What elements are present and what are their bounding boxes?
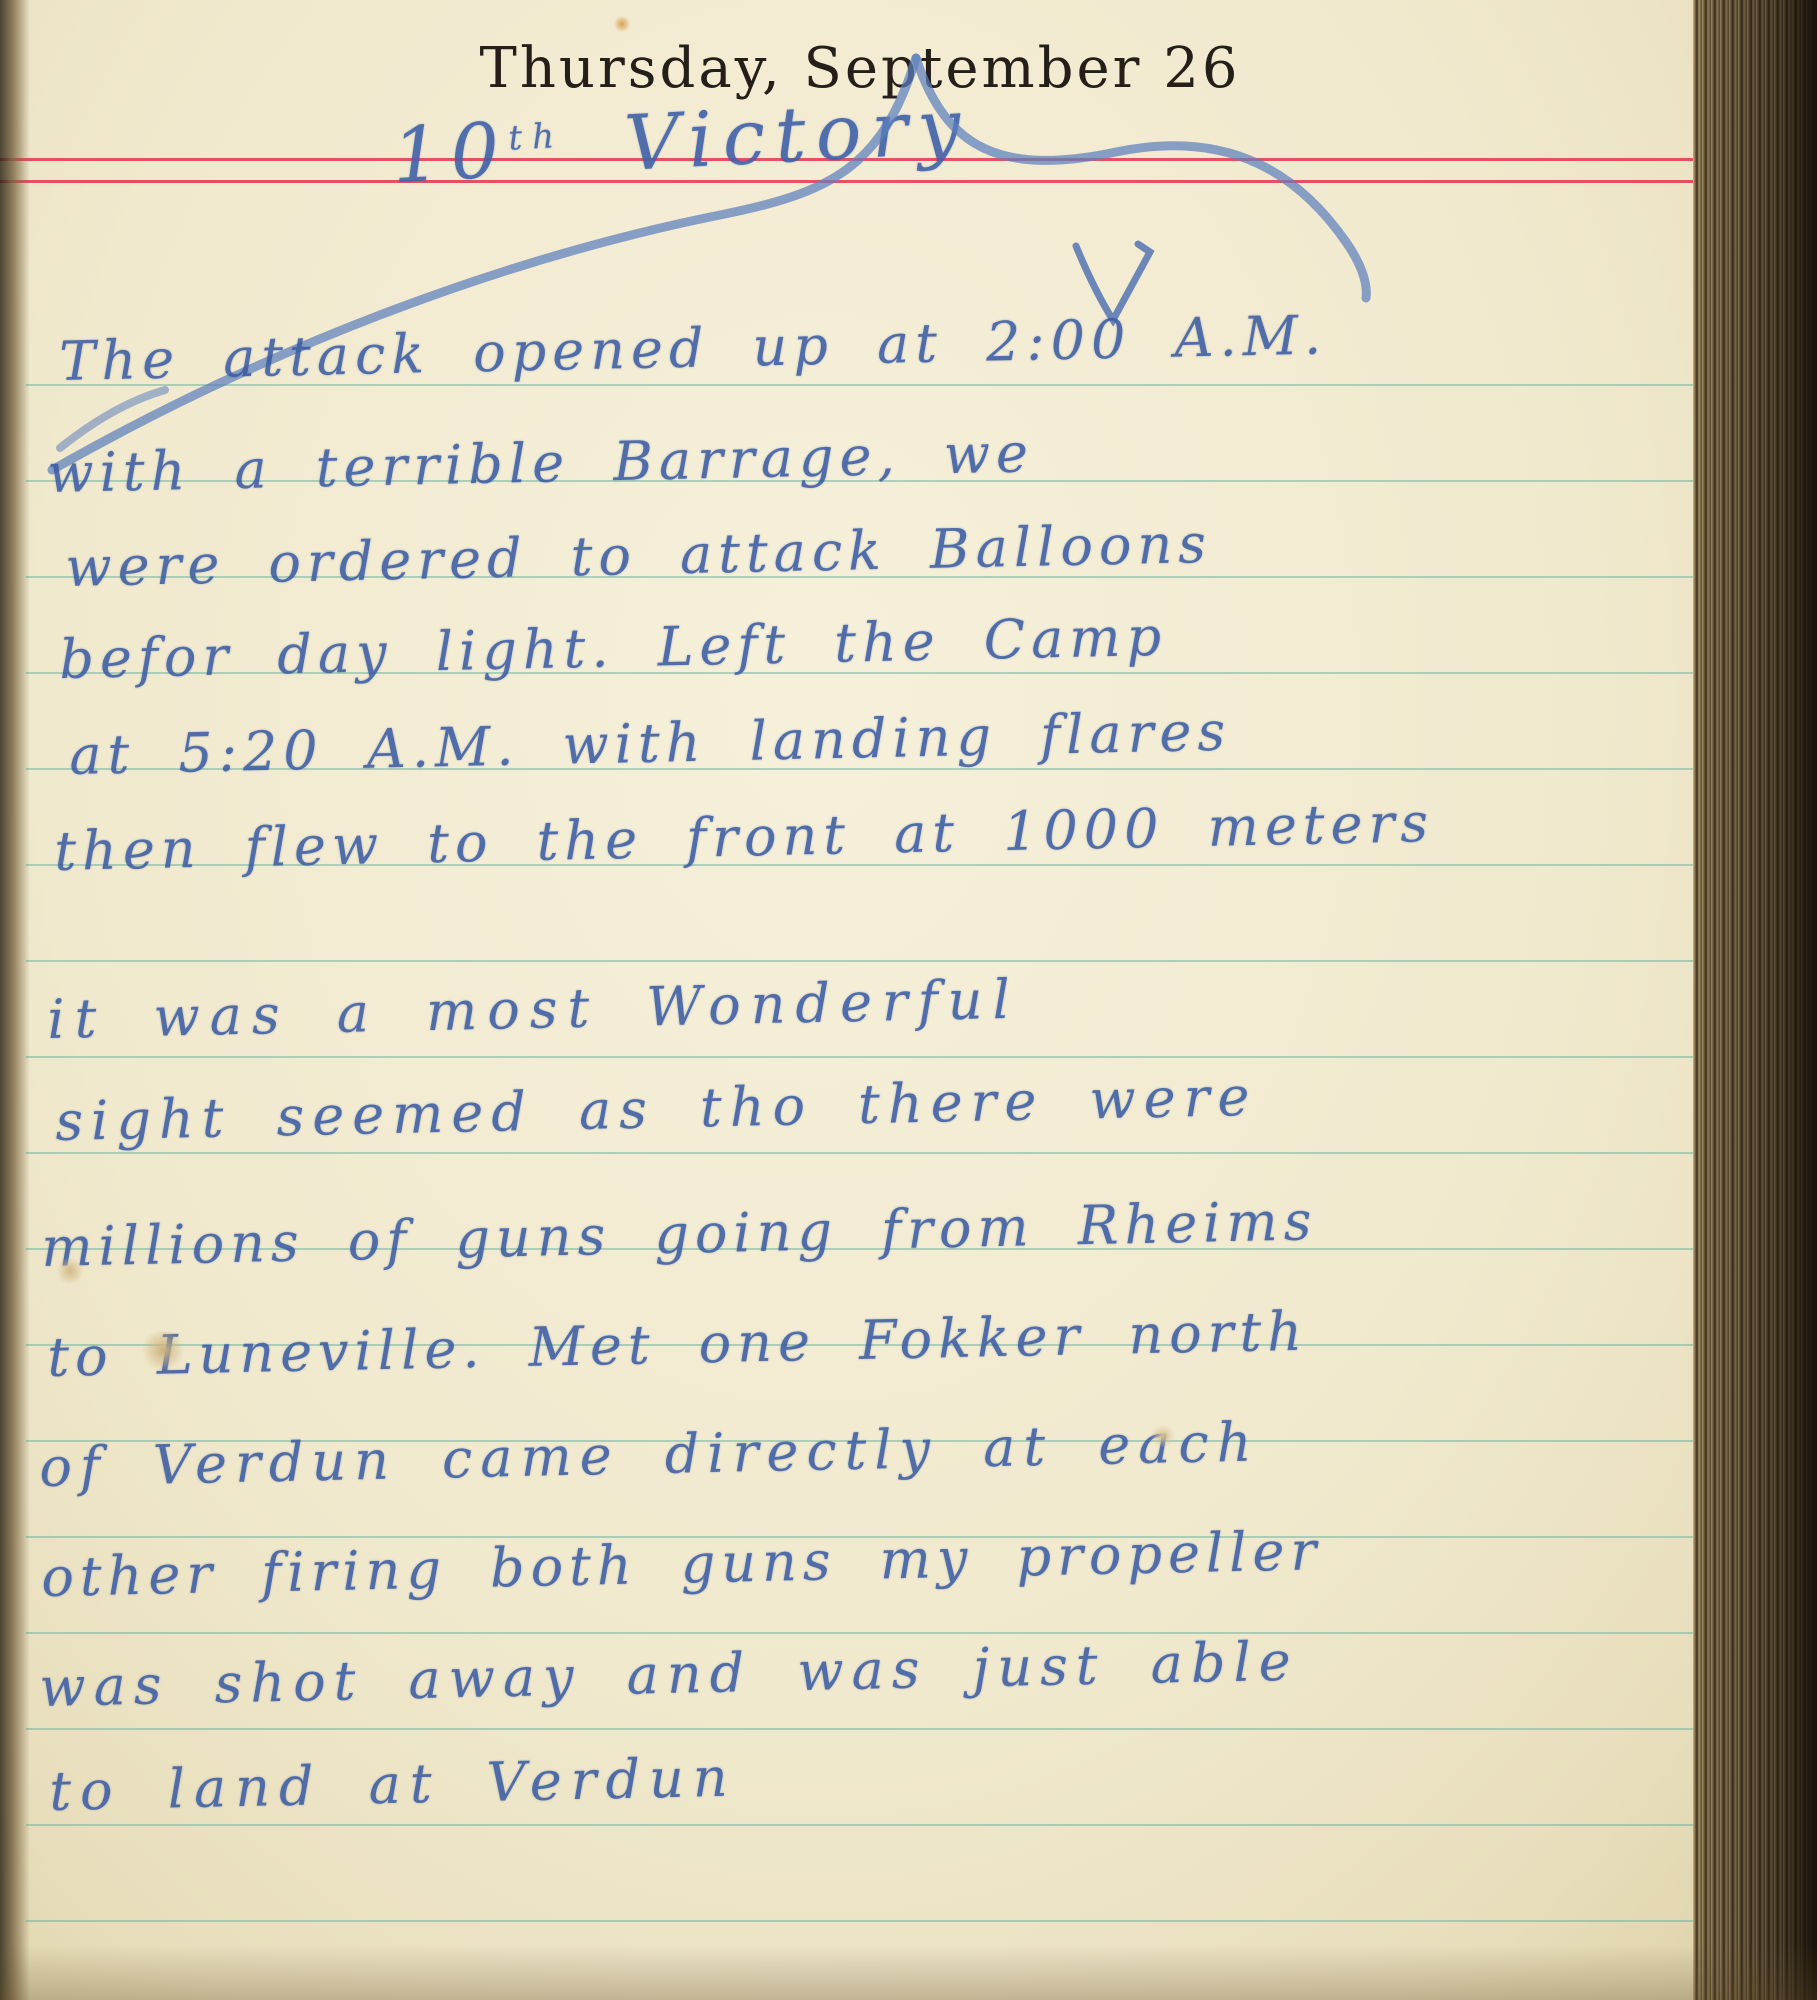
margin-rule-red-bottom <box>0 180 1742 183</box>
book-page-edges-right <box>1693 0 1817 2000</box>
paper-stain <box>614 16 630 32</box>
victory-word: Victory <box>622 81 972 188</box>
victory-ordinal: th <box>507 116 565 159</box>
page-bottom-shadow <box>0 1945 1817 2000</box>
book-binding-edge-left <box>0 0 30 2000</box>
paper-stain <box>140 1330 186 1370</box>
paper-stain <box>55 1258 85 1284</box>
paper-stain <box>1150 1425 1176 1447</box>
victory-number: 10 <box>390 105 511 200</box>
diary-page-scan: Thursday, September 26 10th Victory The … <box>0 0 1817 2000</box>
